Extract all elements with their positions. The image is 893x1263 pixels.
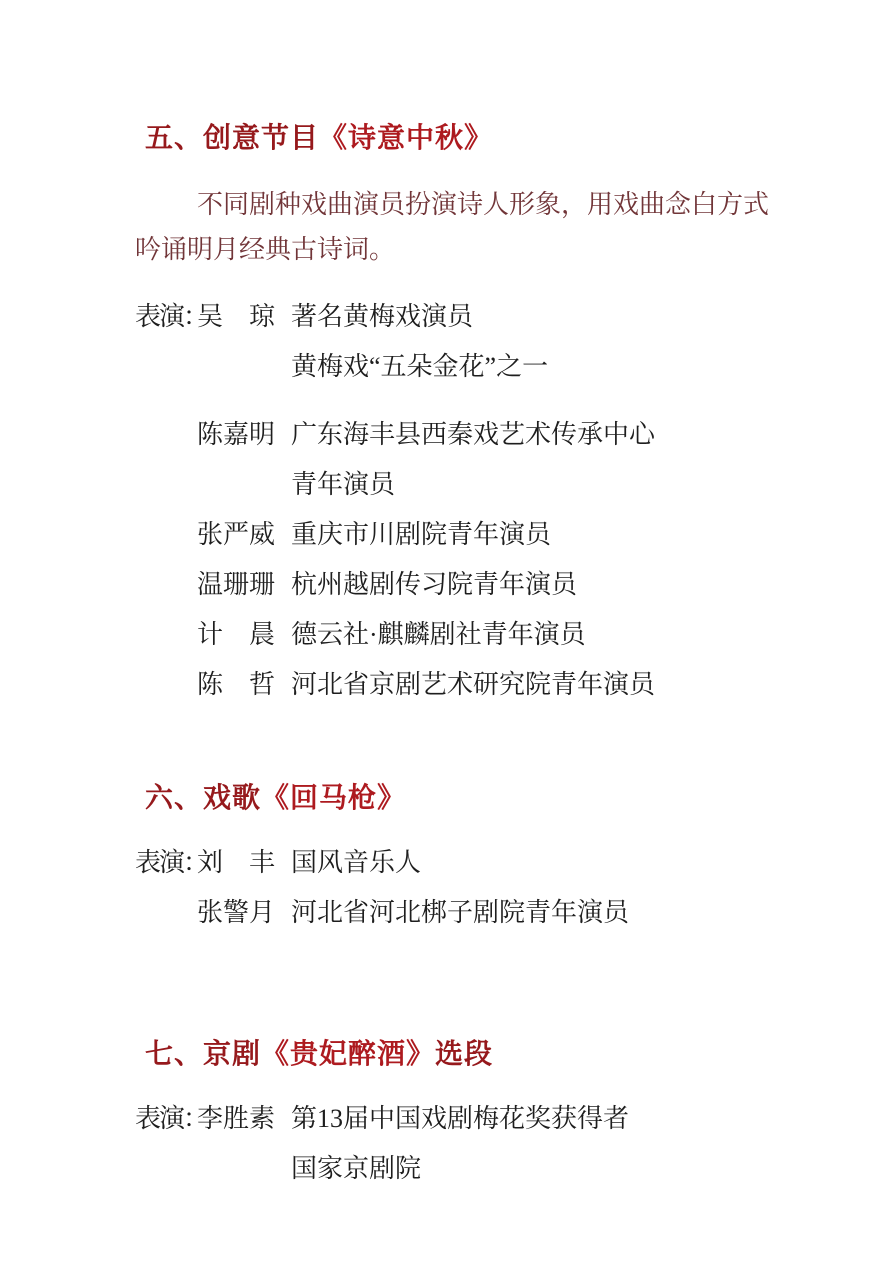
cast-row: 黄梅戏“五朵金花”之一 [135,342,833,392]
program-sections: 五、创意节目《诗意中秋》不同剧种戏曲演员扮演诗人形象，用戏曲念白方式吟诵明月经典… [135,122,833,1194]
performer-affiliation: 河北省河北梆子剧院青年演员 [291,888,629,938]
cast-row: 陈嘉明广东海丰县西秦戏艺术传承中心 [135,410,833,460]
performer-name: 张严威 [197,510,277,560]
performer-name: 李胜素 [197,1094,277,1144]
performer-affiliation: 国家京剧院 [291,1144,421,1194]
performer-affiliation: 国风音乐人 [291,838,421,888]
cast-row: 表演：吴 琼著名黄梅戏演员 [135,292,833,342]
cast-row: 张严威重庆市川剧院青年演员 [135,510,833,560]
cast-row: 温珊珊杭州越剧传习院青年演员 [135,560,833,610]
cast-row: 表演：李胜素第13届中国戏剧梅花奖获得者 [135,1094,833,1144]
cast-row: 张警月河北省河北梆子剧院青年演员 [135,888,833,938]
program-section: 六、戏歌《回马枪》表演：刘 丰国风音乐人张警月河北省河北梆子剧院青年演员 [135,782,833,938]
section-heading-book-title: 《回马枪》 [261,783,406,814]
section-heading-book-title: 《贵妃醉酒》 [261,1039,435,1070]
section-heading-book-title: 《诗意中秋》 [319,123,493,154]
performer-name: 刘 丰 [197,838,277,888]
section-description: 不同剧种戏曲演员扮演诗人形象，用戏曲念白方式吟诵明月经典古诗词。 [135,182,833,272]
section-heading: 六、戏歌《回马枪》 [145,782,833,816]
cast-row: 国家京剧院 [135,1144,833,1194]
cast-label: 表演： [135,292,197,342]
program-section: 七、京剧《贵妃醉酒》选段表演：李胜素第13届中国戏剧梅花奖获得者国家京剧院 [135,1038,833,1194]
performer-name: 陈 哲 [197,660,277,710]
performer-affiliation: 重庆市川剧院青年演员 [291,510,551,560]
performer-affiliation: 第13届中国戏剧梅花奖获得者 [291,1094,629,1144]
performer-affiliation: 青年演员 [291,460,395,510]
cast-list: 表演：刘 丰国风音乐人张警月河北省河北梆子剧院青年演员 [135,838,833,938]
cast-row: 计 晨德云社·麒麟剧社青年演员 [135,610,833,660]
description-line: 吟诵明月经典古诗词。 [135,227,833,272]
performer-affiliation: 德云社·麒麟剧社青年演员 [291,610,586,660]
performer-affiliation: 河北省京剧艺术研究院青年演员 [291,660,655,710]
section-heading: 七、京剧《贵妃醉酒》选段 [145,1038,833,1072]
performer-affiliation: 黄梅戏“五朵金花”之一 [291,342,548,392]
cast-list: 表演：李胜素第13届中国戏剧梅花奖获得者国家京剧院 [135,1094,833,1194]
cast-label: 表演： [135,838,197,888]
section-heading-prefix: 六、戏歌 [145,783,261,814]
performer-name: 计 晨 [197,610,277,660]
cast-list: 表演：吴 琼著名黄梅戏演员黄梅戏“五朵金花”之一陈嘉明广东海丰县西秦戏艺术传承中… [135,292,833,710]
section-heading-prefix: 七、京剧 [145,1039,261,1070]
performer-affiliation: 广东海丰县西秦戏艺术传承中心 [291,410,655,460]
document-page: 五、创意节目《诗意中秋》不同剧种戏曲演员扮演诗人形象，用戏曲念白方式吟诵明月经典… [0,0,893,1263]
description-line: 不同剧种戏曲演员扮演诗人形象，用戏曲念白方式 [135,182,833,227]
cast-row: 陈 哲河北省京剧艺术研究院青年演员 [135,660,833,710]
performer-name: 陈嘉明 [197,410,277,460]
cast-row: 表演：刘 丰国风音乐人 [135,838,833,888]
section-heading-suffix: 选段 [435,1039,493,1070]
performer-name: 吴 琼 [197,292,277,342]
section-heading: 五、创意节目《诗意中秋》 [145,122,833,156]
performer-affiliation: 杭州越剧传习院青年演员 [291,560,577,610]
section-heading-prefix: 五、创意节目 [145,123,319,154]
performer-name: 温珊珊 [197,560,277,610]
cast-label: 表演： [135,1094,197,1144]
performer-affiliation: 著名黄梅戏演员 [291,292,473,342]
cast-row: 青年演员 [135,460,833,510]
program-section: 五、创意节目《诗意中秋》不同剧种戏曲演员扮演诗人形象，用戏曲念白方式吟诵明月经典… [135,122,833,710]
performer-name: 张警月 [197,888,277,938]
